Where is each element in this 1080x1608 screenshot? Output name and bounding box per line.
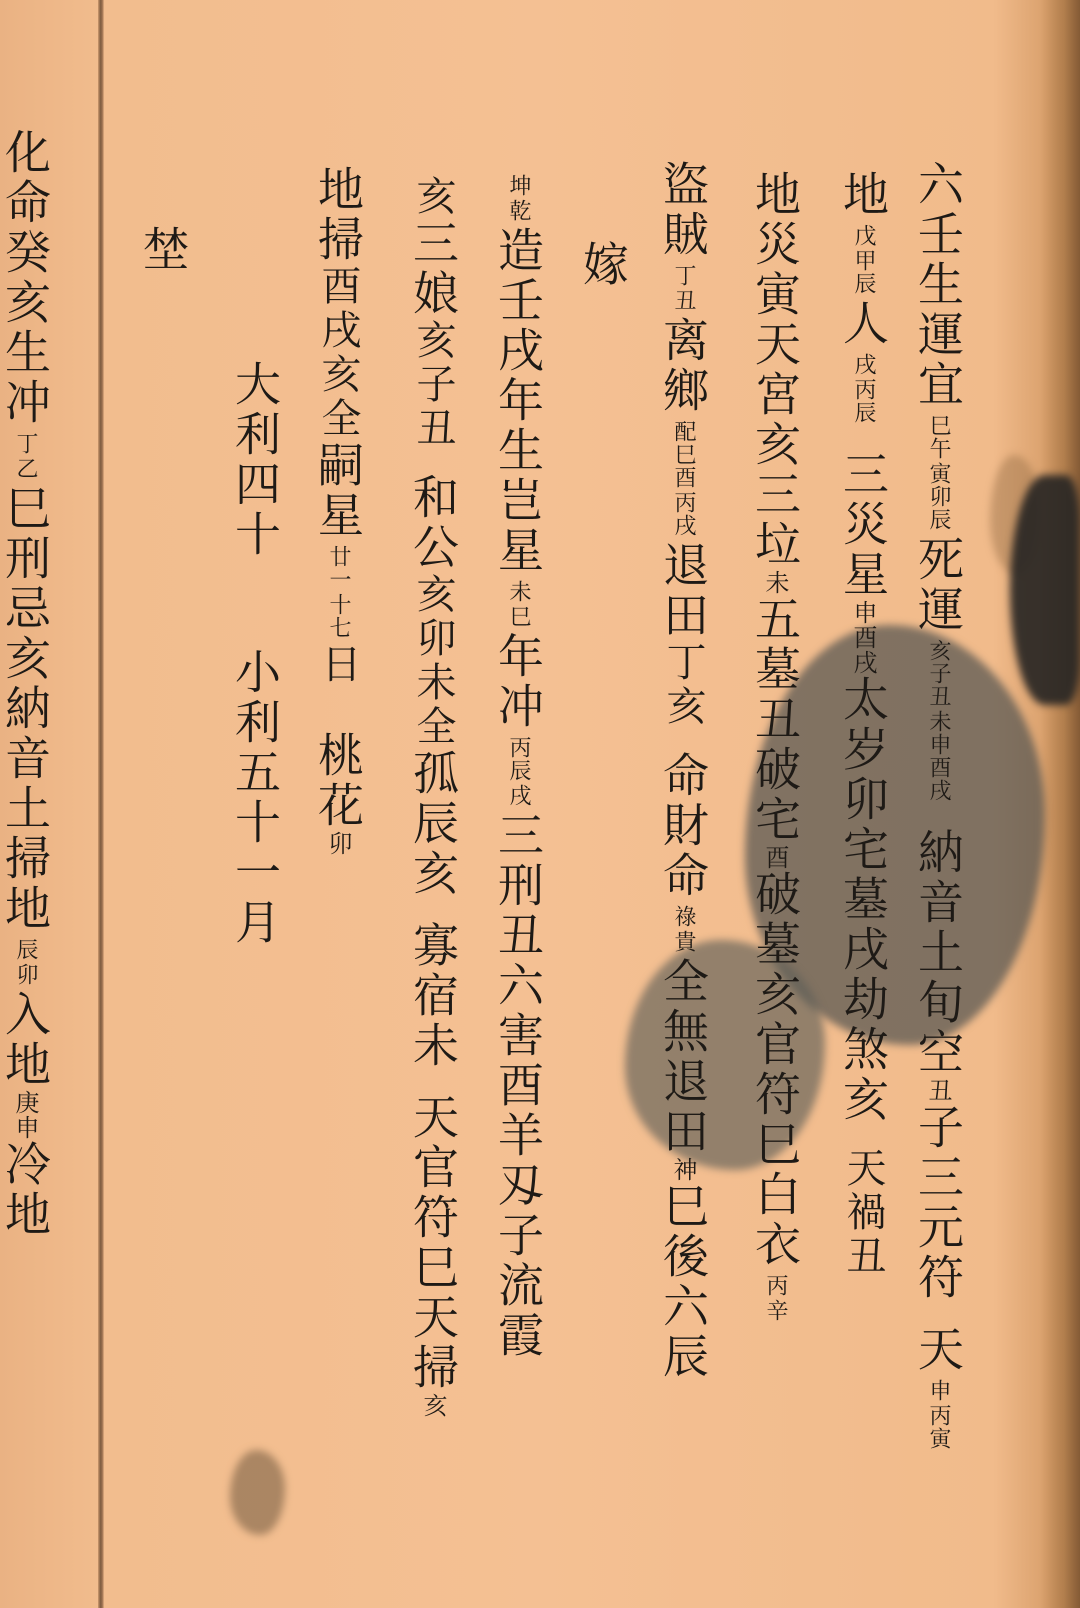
ink-blot-edge (1010, 475, 1080, 705)
segment: 和公 (406, 473, 460, 573)
segment: 冷地 (0, 1140, 52, 1240)
segment: 巳後六辰 (656, 1182, 710, 1382)
annotation: 十七廿一 (327, 545, 349, 639)
segment: 申酉戌 (849, 600, 877, 675)
text-column-left-page: 化命癸亥生冲乙丁巳刑忌亥納音土掃地卯辰入地庚申冷地 (2, 128, 48, 1240)
segment: 巳刑忌亥 (0, 484, 52, 684)
segment: 庚申 (11, 1090, 39, 1140)
segment: 神 (669, 1157, 697, 1182)
segment: 官符巳 (748, 1020, 802, 1170)
segment: 亥 (410, 175, 456, 219)
segment: 宅墓戌 (836, 825, 890, 975)
segment: 羊刄子 (491, 1111, 545, 1261)
segment: 丑 (924, 1078, 952, 1103)
annotation: 辛丙 (764, 1274, 786, 1322)
ink-smudge-bottom (230, 1450, 285, 1535)
segment: 三災星 (836, 450, 890, 600)
page-edge-shadow (1040, 0, 1080, 1608)
annotation: 丙寅申 (927, 1379, 949, 1450)
segment: 天掃 (406, 1293, 460, 1393)
annotation: 丑丁 (672, 264, 694, 312)
text-column-4: 盜賊丑丁离鄉丙戌配巳酉退田丁亥命財命貴祿全無退田神巳後六辰 (660, 160, 706, 1382)
segment: 亥子丑 (410, 319, 456, 451)
segment: 亥 (419, 1393, 447, 1418)
annotation: 巳未 (507, 580, 529, 628)
segment: 天官符巳 (406, 1093, 460, 1293)
segment: 日 (315, 643, 361, 687)
annotation: 戌丙辰 (507, 736, 529, 807)
annotation: 乙丁 (14, 432, 36, 480)
segment: 白衣 (748, 1170, 802, 1270)
segment: 全無退田 (656, 957, 710, 1157)
segment: 太岁卯 (836, 675, 890, 825)
segment: 旬空 (911, 978, 965, 1078)
annotation: 貴祿 (672, 905, 694, 953)
segment: 死運 (911, 535, 965, 635)
segment: 地掃 (311, 165, 365, 265)
segment: 三娘 (406, 219, 460, 319)
text-column-7: 亥三娘亥子丑和公亥卯未全孤辰亥寡宿未天官符巳天掃亥 (410, 175, 456, 1418)
segment: 离鄉 (656, 316, 710, 416)
section-heading-marry: 嫁 (580, 240, 626, 290)
segment: 冲 (0, 378, 52, 428)
text-column-9: 大利四十小利五十一月 (232, 360, 278, 948)
text-column-6: 乾坤造壬戌年生岂星巳未年冲戌丙辰三刑丑六害酉羊刄子流霞 (495, 170, 541, 1361)
text-column-3: 地災寅天宮亥三垃未五墓丑破宅酉破墓亥官符巳白衣辛丙 (752, 170, 798, 1326)
segment: 掃地 (0, 834, 52, 934)
segment: 卯 (324, 831, 352, 856)
segment: 酉戌亥全 (315, 265, 361, 441)
section-heading-field: 埜 (140, 225, 186, 275)
segment: 流霞 (491, 1261, 545, 1361)
segment: 年冲 (491, 632, 545, 732)
segment: 人 (836, 299, 890, 349)
segment: 酉 (761, 845, 789, 870)
segment: 桃花 (311, 731, 365, 831)
segment: 入地 (0, 990, 52, 1090)
segment: 天禍丑 (840, 1147, 886, 1279)
segment: 小利五十一月 (228, 648, 282, 948)
heading-text: 埜 (136, 225, 190, 275)
segment: 破墓亥 (748, 870, 802, 1020)
text-column-8: 地掃酉戌亥全嗣星十七廿一日桃花卯 (315, 165, 361, 856)
segment: 三垃 (748, 470, 802, 570)
segment: 嗣星 (311, 441, 365, 541)
segment: 六害酉 (491, 961, 545, 1111)
segment: 天 (911, 1325, 965, 1375)
segment: 退田 (656, 541, 710, 641)
binding-fold-line (98, 0, 104, 1608)
segment: 亥卯未全 (410, 573, 456, 749)
segment: 子 (911, 1103, 965, 1153)
segment: 五墓丑 (748, 595, 802, 745)
segment: 地 (836, 170, 890, 220)
segment: 破宅 (748, 745, 802, 845)
segment: 劫煞亥 (836, 975, 890, 1125)
annotation: 卯辰 (14, 938, 36, 986)
segment: 寡宿未 (406, 921, 460, 1071)
segment: 三元符 (911, 1153, 965, 1303)
text-column-1: 六壬生運宜寅卯辰巳午死運未申酉戌亥子丑納音土旬空丑子三元符天丙寅申 (915, 160, 961, 1454)
segment: 岂星 (491, 476, 545, 576)
segment: 天宮亥 (748, 320, 802, 470)
segment: 三刑丑 (491, 811, 545, 961)
annotation: 丙辰戌 (852, 353, 874, 424)
segment: 地災寅 (748, 170, 802, 320)
annotation: 丙戌配巳酉 (672, 420, 694, 537)
segment: 納音土 (0, 684, 52, 834)
segment: 命財命 (656, 751, 710, 901)
segment: 化命癸亥生 (0, 128, 52, 378)
annotation: 未申酉戌亥子丑 (927, 639, 949, 802)
annotation: 甲辰戊 (852, 224, 874, 295)
segment: 盜賊 (656, 160, 710, 260)
segment: 大利四十 (228, 360, 282, 560)
segment: 納音土 (911, 828, 965, 978)
segment: 丁亥 (660, 641, 706, 729)
annotation: 寅卯辰巳午 (927, 414, 949, 531)
heading-text: 嫁 (576, 240, 630, 290)
scanned-page: 六壬生運宜寅卯辰巳午死運未申酉戌亥子丑納音土旬空丑子三元符天丙寅申 地甲辰戊人丙… (0, 0, 1080, 1608)
segment: 未 (761, 570, 789, 595)
text-column-2: 地甲辰戊人丙辰戌三災星申酉戌太岁卯宅墓戌劫煞亥天禍丑 (840, 170, 886, 1279)
annotation: 乾坤 (507, 174, 529, 222)
segment: 造壬戌年生 (491, 226, 545, 476)
segment: 孤辰亥 (406, 749, 460, 899)
segment: 六壬生運宜 (911, 160, 965, 410)
